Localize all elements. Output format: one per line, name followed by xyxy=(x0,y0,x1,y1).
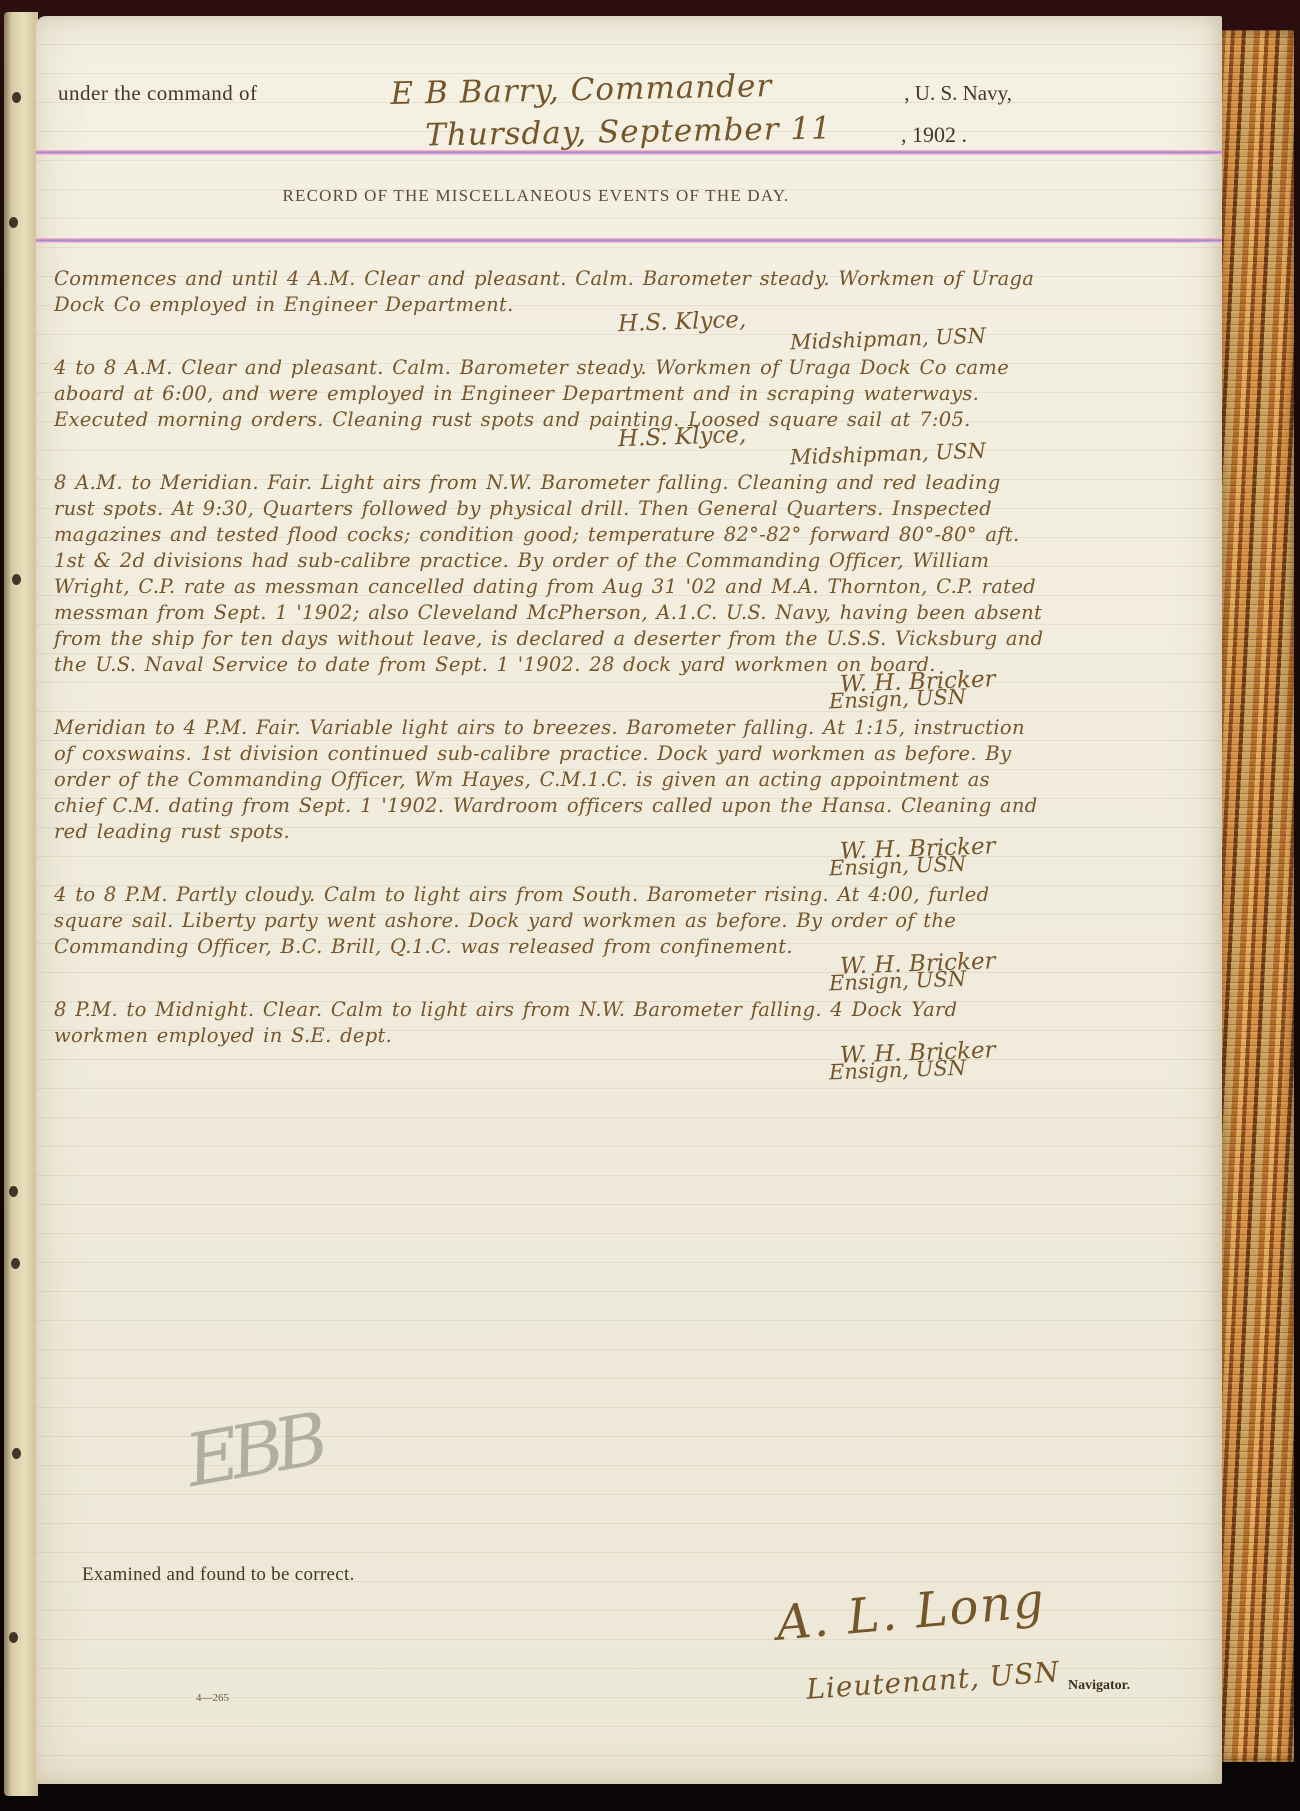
commander-signature: E B Barry, Commander xyxy=(257,65,904,115)
log-entry-8am-to-meridian: 8 A.M. to Meridian. Fair. Light airs fro… xyxy=(54,470,1046,711)
signature-rank: Ensign, USN xyxy=(828,852,966,881)
printed-navigator-label: Navigator. xyxy=(1068,1678,1130,1694)
log-entry-4-to-8pm: 4 to 8 P.M. Partly cloudy. Calm to light… xyxy=(54,882,1046,993)
signature-rank: Ensign, USN xyxy=(828,967,966,996)
header-date-line: Thursday, September 11 , 1902 . xyxy=(356,114,967,150)
binding-hole xyxy=(9,1186,18,1197)
section-title: RECORD OF THE MISCELLANEOUS EVENTS OF TH… xyxy=(36,186,1036,206)
entry-text: 4 to 8 P.M. Partly cloudy. Calm to light… xyxy=(54,882,1046,960)
navigator-rank: Lieutenant, USN xyxy=(805,1655,1061,1706)
examined-statement: Examined and found to be correct. xyxy=(82,1564,355,1586)
binding-hole xyxy=(11,1258,20,1269)
pink-rule-top xyxy=(36,150,1222,155)
signature-name: H.S. Klyce, xyxy=(617,307,746,337)
logbook-scan: under the command of E B Barry, Commande… xyxy=(0,0,1300,1811)
form-number: 4—265 xyxy=(196,1692,229,1704)
navigator-signature: A. L. Long xyxy=(774,1572,1048,1651)
log-entry-meridian-to-4pm: Meridian to 4 P.M. Fair. Variable light … xyxy=(54,715,1046,878)
binding-edge xyxy=(4,12,38,1796)
handwritten-date: Thursday, September 11 xyxy=(356,109,902,155)
signature-rank: Midshipman, USN xyxy=(790,439,987,470)
entry-signature-rank: Midshipman, USN xyxy=(54,327,1046,351)
entry-signature-rank: Midshipman, USN xyxy=(54,442,1046,466)
entry-signature-rank: Ensign, USN xyxy=(54,854,1046,878)
entry-signature-rank: Ensign, USN xyxy=(54,687,1046,711)
book-fore-edge xyxy=(1220,30,1294,1762)
log-entry-4-to-8am: 4 to 8 A.M. Clear and pleasant. Calm. Ba… xyxy=(54,355,1046,466)
entry-signature-rank: Ensign, USN xyxy=(54,969,1046,993)
signature-rank: Midshipman, USN xyxy=(790,324,987,355)
binding-hole xyxy=(12,92,21,103)
printed-us-navy-label: , U. S. Navy, xyxy=(904,81,1012,106)
entry-text: Meridian to 4 P.M. Fair. Variable light … xyxy=(54,715,1046,845)
log-entries: Commences and until 4 A.M. Clear and ple… xyxy=(54,266,1046,1086)
header-command-line: under the command of E B Barry, Commande… xyxy=(58,72,1012,108)
binding-hole xyxy=(9,217,18,228)
binding-hole xyxy=(9,1632,18,1643)
printed-under-command-label: under the command of xyxy=(58,81,258,106)
penciled-initials: EBB xyxy=(180,1397,327,1503)
printed-year: , 1902 . xyxy=(901,122,967,148)
pink-rule-bottom xyxy=(36,238,1222,243)
entry-text: 4 to 8 A.M. Clear and pleasant. Calm. Ba… xyxy=(54,355,1046,433)
entry-signature-rank: Ensign, USN xyxy=(54,1058,1046,1082)
signature-name: H.S. Klyce, xyxy=(617,422,746,452)
log-page: under the command of E B Barry, Commande… xyxy=(36,16,1222,1784)
binding-hole xyxy=(12,1448,21,1459)
log-entry-8pm-to-midnight: 8 P.M. to Midnight. Clear. Calm to light… xyxy=(54,997,1046,1082)
entry-text: 8 A.M. to Meridian. Fair. Light airs fro… xyxy=(54,470,1046,678)
signature-rank: Ensign, USN xyxy=(828,1056,966,1085)
binding-hole xyxy=(12,574,21,585)
signature-rank: Ensign, USN xyxy=(828,685,966,714)
log-entry-midnight-to-4am: Commences and until 4 A.M. Clear and ple… xyxy=(54,266,1046,351)
